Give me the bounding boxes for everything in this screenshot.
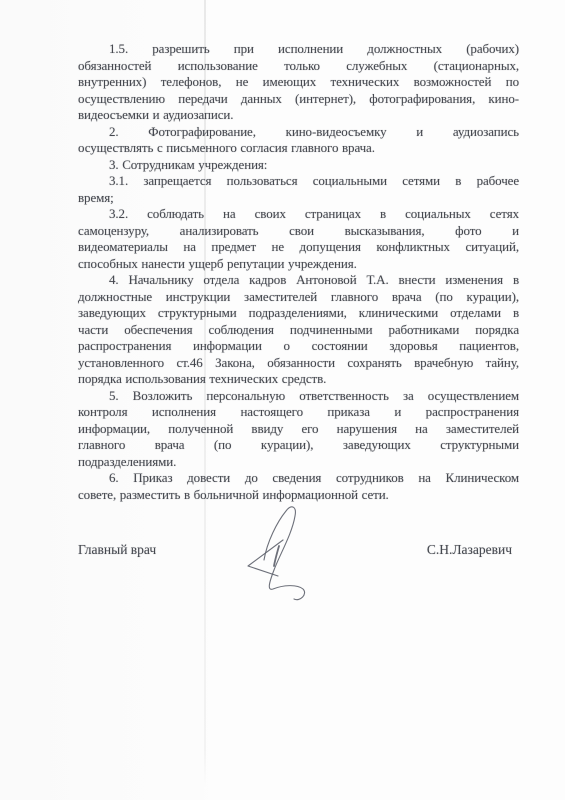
paragraph-6: 4. Начальнику отдела кадров Антоновой Т.… [78,272,519,388]
text-line: осуществлению передачи данных (интернет)… [78,91,519,108]
text-line: контроля исполнения настоящего приказа и… [78,404,519,421]
text-line: 2. Фотографирование, кино-видеосъемку и … [78,124,519,141]
text-line: порядка использования технических средст… [78,371,519,388]
document-body: 1.5. разрешить при исполнении должностны… [78,41,519,503]
signature-stroke-cross [248,540,283,576]
text-line: 3.2. соблюдать на своих страницах в соци… [78,206,519,223]
text-line: подразделениями. [78,454,519,471]
paragraph-7: 5. Возложить персональную ответственност… [78,388,519,471]
text-line: обязанностей использование только служеб… [78,58,519,75]
text-line: внутренних) телефонов, не имеющих технич… [78,74,519,91]
handwritten-signature [233,496,333,611]
paragraph-2: 2. Фотографирование, кино-видеосъемку и … [78,124,519,157]
text-line: осуществлять с письменного согласия глав… [78,140,519,157]
signer-role: Главный врач [78,542,156,558]
text-line: распространения информации о состоянии з… [78,338,519,355]
text-line: главного врача (по курации), заведующих … [78,437,519,454]
text-line: 3. Сотрудникам учреждения: [78,157,519,174]
paragraph-5: 3.2. соблюдать на своих страницах в соци… [78,206,519,272]
signature-stroke-main [264,507,305,600]
text-line: самоцензуру, анализировать свои высказыв… [78,223,519,240]
text-line: видеоматериалы на предмет не допущения к… [78,239,519,256]
signer-name: С.Н.Лазаревич [427,542,512,558]
text-line: 3.1. запрещается пользоваться социальным… [78,173,519,190]
text-line: способных нанести ущерб репутации учрежд… [78,256,519,273]
text-line: информации, полученной ввиду его нарушен… [78,421,519,438]
text-line: 1.5. разрешить при исполнении должностны… [78,41,519,58]
text-line: 6. Приказ довести до сведения сотруднико… [78,470,519,487]
text-line: 4. Начальнику отдела кадров Антоновой Т.… [78,272,519,289]
text-line: видеосъемки и аудиозаписи. [78,107,519,124]
text-line: должностные инструкции заместителей глав… [78,289,519,306]
text-line: заведующих структурными подразделениями,… [78,305,519,322]
text-line: 5. Возложить персональную ответственност… [78,388,519,405]
text-line: части обеспечения соблюдения подчиненным… [78,322,519,339]
paragraph-3: 3. Сотрудникам учреждения: [78,157,519,174]
text-line: установленного ст.46 Закона, обязанности… [78,355,519,372]
paragraph-1: 1.5. разрешить при исполнении должностны… [78,41,519,124]
paragraph-4: 3.1. запрещается пользоваться социальным… [78,173,519,206]
document-page: 1.5. разрешить при исполнении должностны… [0,0,565,800]
text-line: время; [78,190,519,207]
